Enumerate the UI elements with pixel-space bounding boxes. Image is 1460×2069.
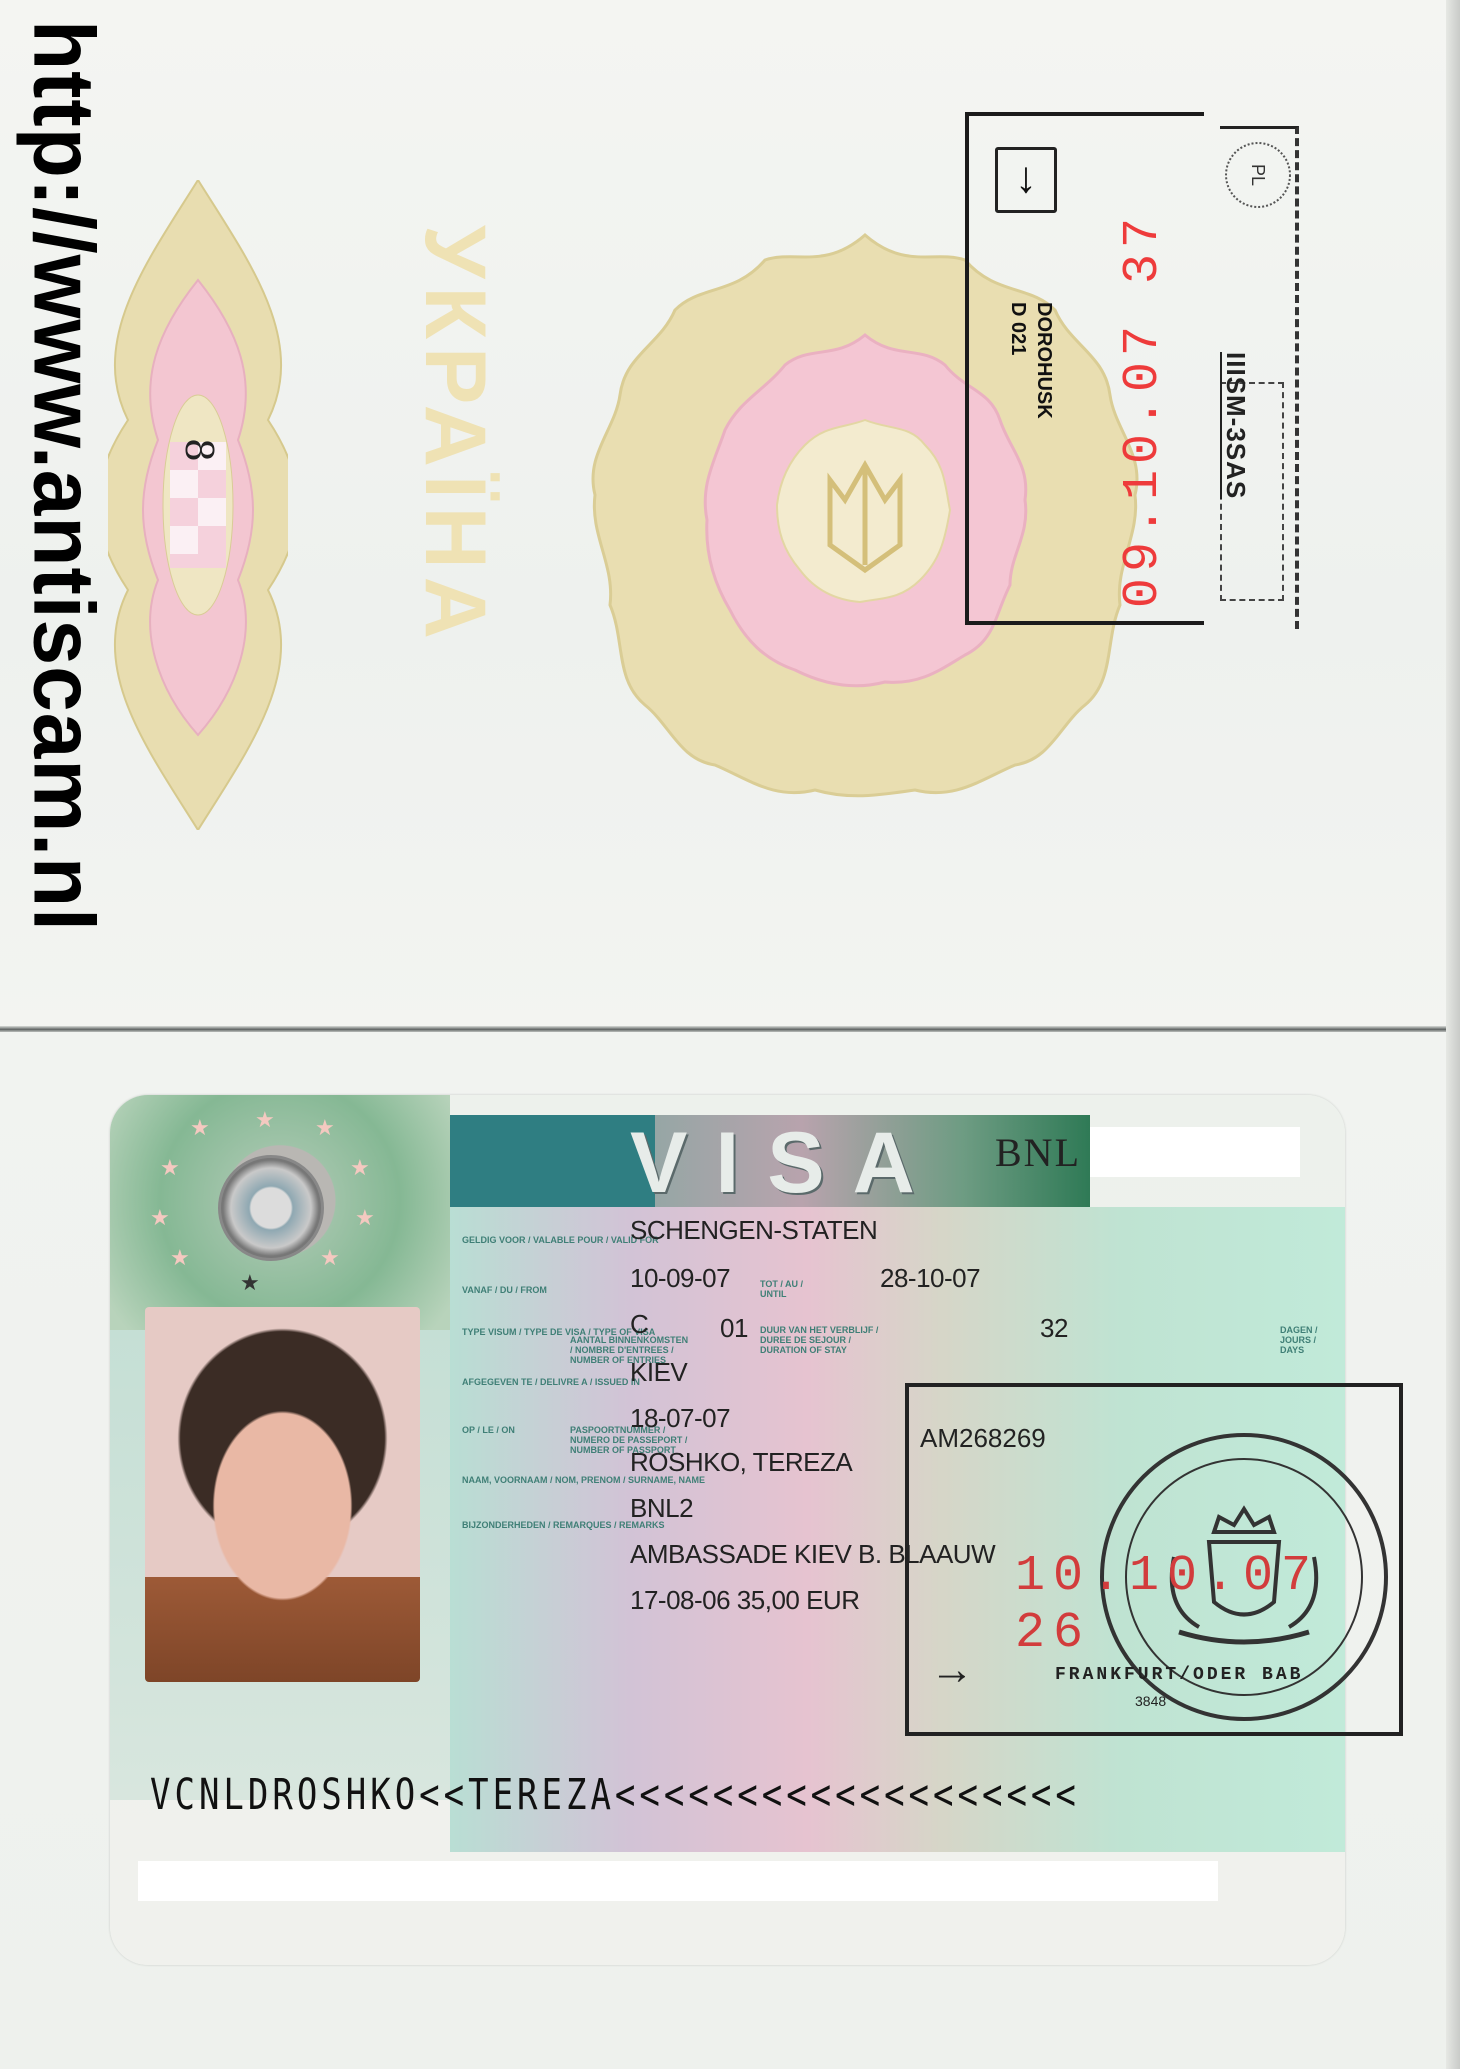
value-remarks: BNL2 [630, 1493, 693, 1524]
entry-stamp: ↓ DOROHUSK D 021 09.10.07 37 PL IIISM-3S… [965, 112, 1310, 642]
entry-post-code: D 021 [1007, 302, 1029, 355]
star-icon: ★ [320, 1245, 340, 1271]
star-icon: ★ [350, 1155, 370, 1181]
visa-issuer-code: BNL [995, 1129, 1081, 1176]
star-icon: ★ [315, 1115, 335, 1141]
passport-number-overlay: AM268269 [920, 1423, 1046, 1454]
machine-readable-zone: VCNLDROSHKO<<TEREZA<<<<<<<<<<<<<<<<<<< [150, 1770, 1080, 1820]
value-entries: 01 [720, 1313, 748, 1344]
star-icon: ★ [160, 1155, 180, 1181]
star-icon: ★ [150, 1205, 170, 1231]
label-on: Op / Le / On [462, 1425, 515, 1435]
redacted-number-bar [1090, 1127, 1300, 1177]
value-duration: 32 [1040, 1313, 1068, 1344]
watermark-url: http://www.antiscam.nl [20, 20, 106, 932]
value-until: 28-10-07 [880, 1263, 980, 1294]
star-icon: ★ [190, 1115, 210, 1141]
passport-page-upper: 8 УКРАЇНА ↓ DOROHUSK D 021 09.10.07 37 P… [0, 0, 1460, 1032]
globe-hologram-icon [218, 1155, 324, 1261]
hologram: ★ ★ ★ ★ ★ ★ ★ ★ ★ ★ [110, 1095, 450, 1330]
country-name-watermark: УКРАЇНА [405, 225, 504, 647]
star-icon: ★ [240, 1270, 260, 1296]
entry-stamp-place: DOROHUSK D 021 [1005, 302, 1057, 419]
label-duration: Duur van het verblijf / Duree de sejour … [760, 1325, 880, 1355]
star-icon: ★ [170, 1245, 190, 1271]
exit-stamp-date: 10.10.07 26 [1015, 1548, 1410, 1662]
label-issued-in: Afgegeven te / Delivre a / Issued in [462, 1377, 640, 1387]
label-days: Dagen / Jours / Days [1280, 1325, 1335, 1355]
star-icon: ★ [255, 1107, 275, 1133]
arrow-down-icon: ↓ [995, 147, 1057, 213]
redacted-mrz-line2 [138, 1861, 1218, 1901]
entry-vehicle-code: IIISM-3SAS [1220, 352, 1251, 499]
exit-stamp: AM268269 10.10.07 26 → FRANKFURT/ODER BA… [905, 1383, 1410, 1733]
star-icon: ★ [355, 1205, 375, 1231]
exit-stamp-place: FRANKFURT/ODER BAB [1055, 1665, 1303, 1685]
entry-stamp-date: 09.10.07 37 [1115, 212, 1172, 608]
value-from: 10-09-07 [630, 1263, 730, 1294]
value-remarks-line2: 17-08-06 35,00 EUR [630, 1585, 859, 1616]
entry-place-name: DOROHUSK [1033, 302, 1055, 419]
security-ornament [108, 180, 288, 830]
eu-stars-country-icon: PL [1225, 142, 1291, 208]
value-visa-type: C [630, 1309, 648, 1340]
page-number: 8 [174, 425, 224, 475]
entry-country-code: PL [1248, 164, 1269, 186]
label-until: Tot / Au / Until [760, 1279, 820, 1299]
value-issued-in: KIEV [630, 1357, 687, 1388]
value-name: ROSHKO, TEREZA [630, 1447, 852, 1478]
value-valid-for: SCHENGEN-STATEN [630, 1215, 877, 1246]
page-edge [1446, 0, 1460, 2069]
value-issue-date: 18-07-07 [630, 1403, 730, 1434]
holder-photo [145, 1307, 420, 1682]
label-from: Vanaf / Du / From [462, 1285, 547, 1295]
visa-title: VISA [630, 1117, 943, 1209]
arrow-right-icon: → [930, 1645, 974, 1695]
exit-stamp-code: 3848 [1135, 1693, 1166, 1709]
guilloche-ornament-icon [108, 180, 288, 830]
